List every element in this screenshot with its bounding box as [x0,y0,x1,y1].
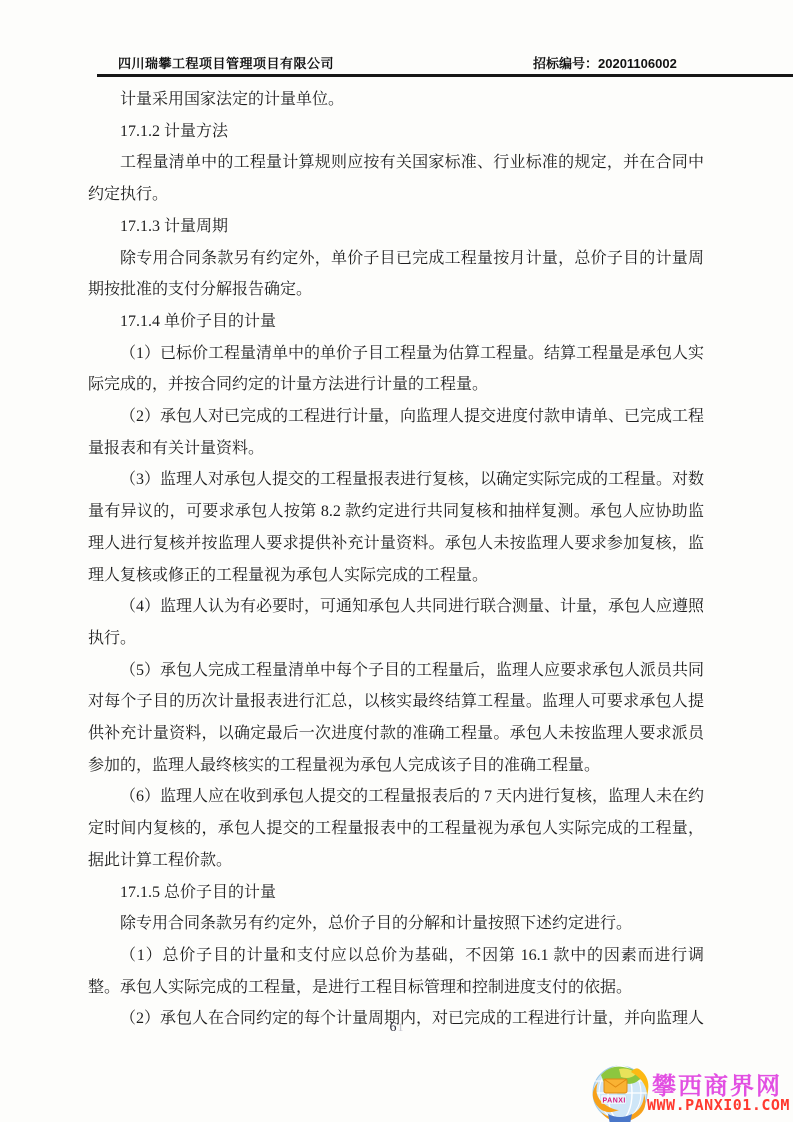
document-body: 计量采用国家法定的计量单位。 17.1.2 计量方法 工程量清单中的工程量计算规… [88,84,704,1035]
document-page: 四川瑞攀工程项目管理项目有限公司 招标编号：20201106002 计量采用国家… [0,0,793,1122]
body-paragraph: （5）承包人完成工程量清单中每个子目的工程量后，监理人应要求承包人派员共同对每个… [88,655,704,782]
section-heading-17-1-2: 17.1.2 计量方法 [88,116,704,148]
body-paragraph: （2）承包人对已完成的工程进行计量，向监理人提交进度付款申请单、已完成工程量报表… [88,401,704,464]
watermark-site-url: WWW.PANXI01.COM [647,1096,790,1114]
body-paragraph: （1）总价子目的计量和支付应以总价为基础，不因第 16.1 款中的因素而进行调整… [88,940,704,1003]
section-heading-17-1-3: 17.1.3 计量周期 [88,211,704,243]
page-number-faint-mark: 1 [398,1020,404,1034]
site-watermark: PANXI 攀西商界网 WWW.PANXI01.COM [589,1060,791,1122]
body-paragraph: （4）监理人认为有必要时，可通知承包人共同进行联合测量、计量，承包人应遵照执行。 [88,591,704,654]
page-number: 61 [0,1020,793,1036]
header-rule [97,74,793,77]
section-heading-17-1-4: 17.1.4 单价子目的计量 [88,306,704,338]
body-paragraph: 除专用合同条款另有约定外，单价子目已完成工程量按月计量，总价子目的计量周期按批准… [88,243,704,306]
body-paragraph: 除专用合同条款另有约定外，总价子目的分解和计量按照下述约定进行。 [88,908,704,940]
section-heading-17-1-5: 17.1.5 总价子目的计量 [88,877,704,909]
body-paragraph: 计量采用国家法定的计量单位。 [88,84,704,116]
body-paragraph: （1）已标价工程量清单中的单价子目工程量为估算工程量。结算工程量是承包人实际完成… [88,338,704,401]
page-number-value: 6 [390,1020,397,1035]
panxi-logo-text: PANXI [603,1098,626,1105]
globe-logo-icon: PANXI [589,1062,653,1122]
body-paragraph: （6）监理人应在收到承包人提交的工程量报表后的 7 天内进行复核，监理人未在约定… [88,781,704,876]
tender-number: 招标编号：20201106002 [533,53,677,72]
body-paragraph: 工程量清单中的工程量计算规则应按有关国家标准、行业标准的规定，并在合同中约定执行… [88,147,704,210]
company-name: 四川瑞攀工程项目管理项目有限公司 [118,53,334,72]
body-paragraph: （3）监理人对承包人提交的工程量报表进行复核，以确定实际完成的工程量。对数量有异… [88,464,704,591]
